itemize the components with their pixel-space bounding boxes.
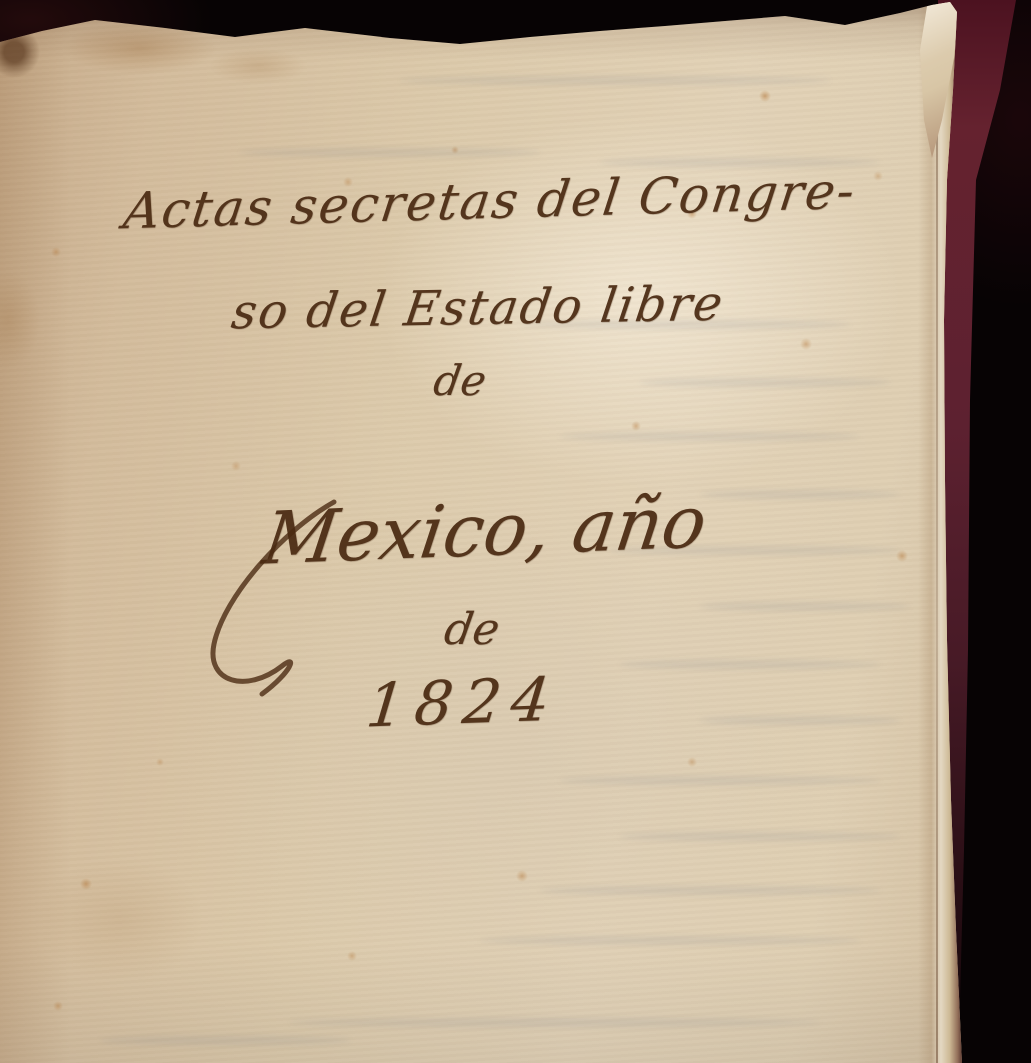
bleedthrough-mark <box>240 148 540 157</box>
bleedthrough-mark <box>700 602 910 611</box>
bleedthrough-mark <box>400 76 830 85</box>
bleedthrough-mark <box>560 776 880 785</box>
manuscript-line-2: so del Estado libre <box>174 275 782 342</box>
calligraphic-flourish-icon <box>162 492 372 717</box>
bleedthrough-mark <box>290 1018 820 1027</box>
bleedthrough-mark <box>620 660 880 669</box>
bleedthrough-mark <box>540 886 880 895</box>
bleedthrough-mark <box>480 936 860 945</box>
bleedthrough-mark <box>620 832 900 841</box>
manuscript-photo: Actas secretas del Congre- so del Estado… <box>0 0 1031 1063</box>
manuscript-line-3: de <box>326 356 594 405</box>
manuscript-page: Actas secretas del Congre- so del Estado… <box>0 0 1031 1063</box>
bleedthrough-mark <box>100 1036 350 1045</box>
manuscript-line-5: de <box>338 604 606 655</box>
bleedthrough-mark <box>640 378 890 387</box>
bleedthrough-mark <box>700 716 900 725</box>
bleedthrough-mark <box>560 432 860 441</box>
page-edge-crease <box>936 0 938 1063</box>
